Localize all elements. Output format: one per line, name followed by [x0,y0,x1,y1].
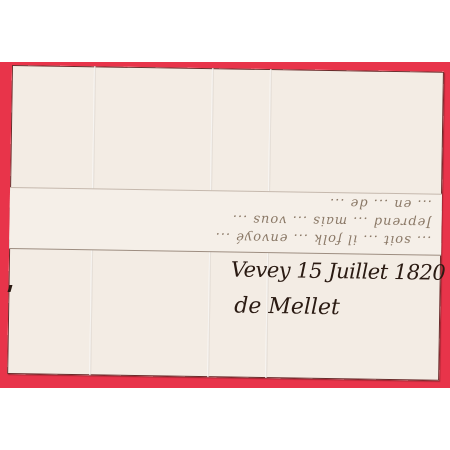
ink-mark [7,285,12,292]
address-sender: de Mellet [234,294,340,321]
folded-flap-band: ... soit ... il folk ... envoyé ... Jepr… [9,187,442,256]
address-place-date: Vevey 15 Juillet 1820 [231,257,446,284]
bleed-through-line-1: ... soit ... il folk ... envoyé ... [34,226,431,247]
letter-sheet: ... soit ... il folk ... envoyé ... Jepr… [7,65,444,381]
